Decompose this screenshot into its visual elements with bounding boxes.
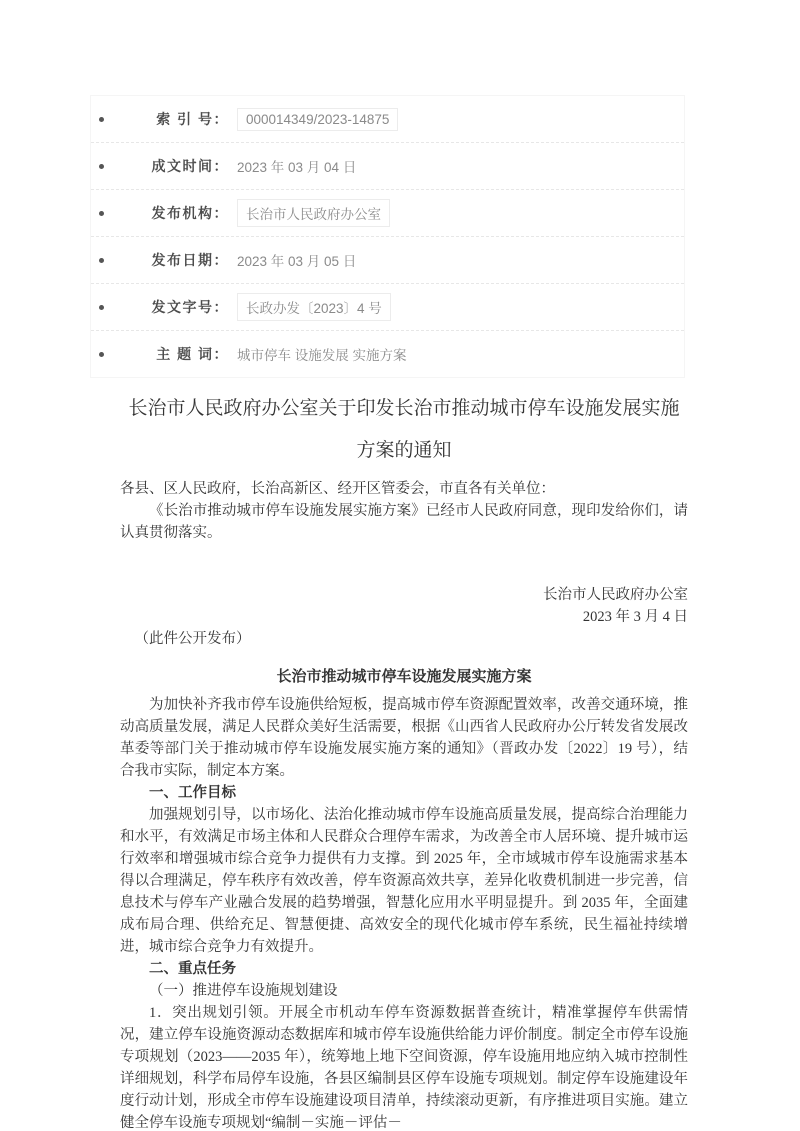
meta-value: 长政办发〔2023〕4 号 [237,293,391,321]
meta-value: 2023 年 03 月 05 日 [237,250,356,270]
meta-value: 城市停车 设施发展 实施方案 [237,344,407,364]
section-heading-1: 一、工作目标 [120,782,688,804]
publish-note: （此件公开发布） [120,628,688,650]
meta-row-document-number: 发文字号： 长政办发〔2023〕4 号 [91,283,684,330]
meta-row-index-number: 索 引 号： 000014349/2023-14875 [91,96,684,142]
meta-row-publish-date: 发布日期： 2023 年 03 月 05 日 [91,236,684,283]
paragraph-goals: 加强规划引导，以市场化、法治化推动城市停车设施高质量发展，提高综合治理能力和水平… [120,804,688,958]
subsection-heading-2-1: （一）推进停车设施规划建设 [120,980,688,1002]
document-article: 长治市人民政府办公室关于印发长治市推动城市停车设施发展实施方案的通知 各县、区人… [120,388,688,1131]
meta-row-issuing-agency: 发布机构： 长治市人民政府办公室 [91,189,684,236]
paragraph-task-1: 1．突出规划引领。开展全市机动车停车资源数据普查统计，精准掌握停车供需情况，建立… [120,1002,688,1131]
section-heading-2: 二、重点任务 [120,958,688,980]
document-title: 长治市人民政府办公室关于印发长治市推动城市停车设施发展实施方案的通知 [120,388,688,472]
meta-label: 发文字号： [104,297,229,317]
document-meta-list: 索 引 号： 000014349/2023-14875 成文时间： 2023 年… [91,96,684,377]
intro-paragraph: 《长治市推动城市停车设施发展实施方案》已经市人民政府同意，现印发给你们，请认真贯… [120,500,688,544]
meta-label: 发布日期： [104,250,229,270]
signature-block: 长治市人民政府办公室 2023 年 3 月 4 日 [120,584,688,628]
plan-subtitle: 长治市推动城市停车设施发展实施方案 [120,666,688,688]
paragraph-preamble: 为加快补齐我市停车设施供给短板，提高城市停车资源配置效率，改善交通环境，推动高质… [120,694,688,782]
meta-row-written-date: 成文时间： 2023 年 03 月 04 日 [91,142,684,189]
signature-date: 2023 年 3 月 4 日 [120,606,688,628]
salutation-line: 各县、区人民政府，长治高新区、经开区管委会，市直各有关单位： [120,478,688,500]
meta-row-keywords: 主 题 词： 城市停车 设施发展 实施方案 [91,330,684,377]
meta-label: 主 题 词： [104,344,229,364]
meta-value: 000014349/2023-14875 [237,108,398,131]
document-meta-panel: 索 引 号： 000014349/2023-14875 成文时间： 2023 年… [90,95,685,378]
meta-value: 长治市人民政府办公室 [237,199,390,227]
meta-label: 发布机构： [104,203,229,223]
meta-value: 2023 年 03 月 04 日 [237,156,356,176]
signature-agency: 长治市人民政府办公室 [120,584,688,606]
meta-label: 索 引 号： [104,109,229,129]
meta-label: 成文时间： [104,156,229,176]
